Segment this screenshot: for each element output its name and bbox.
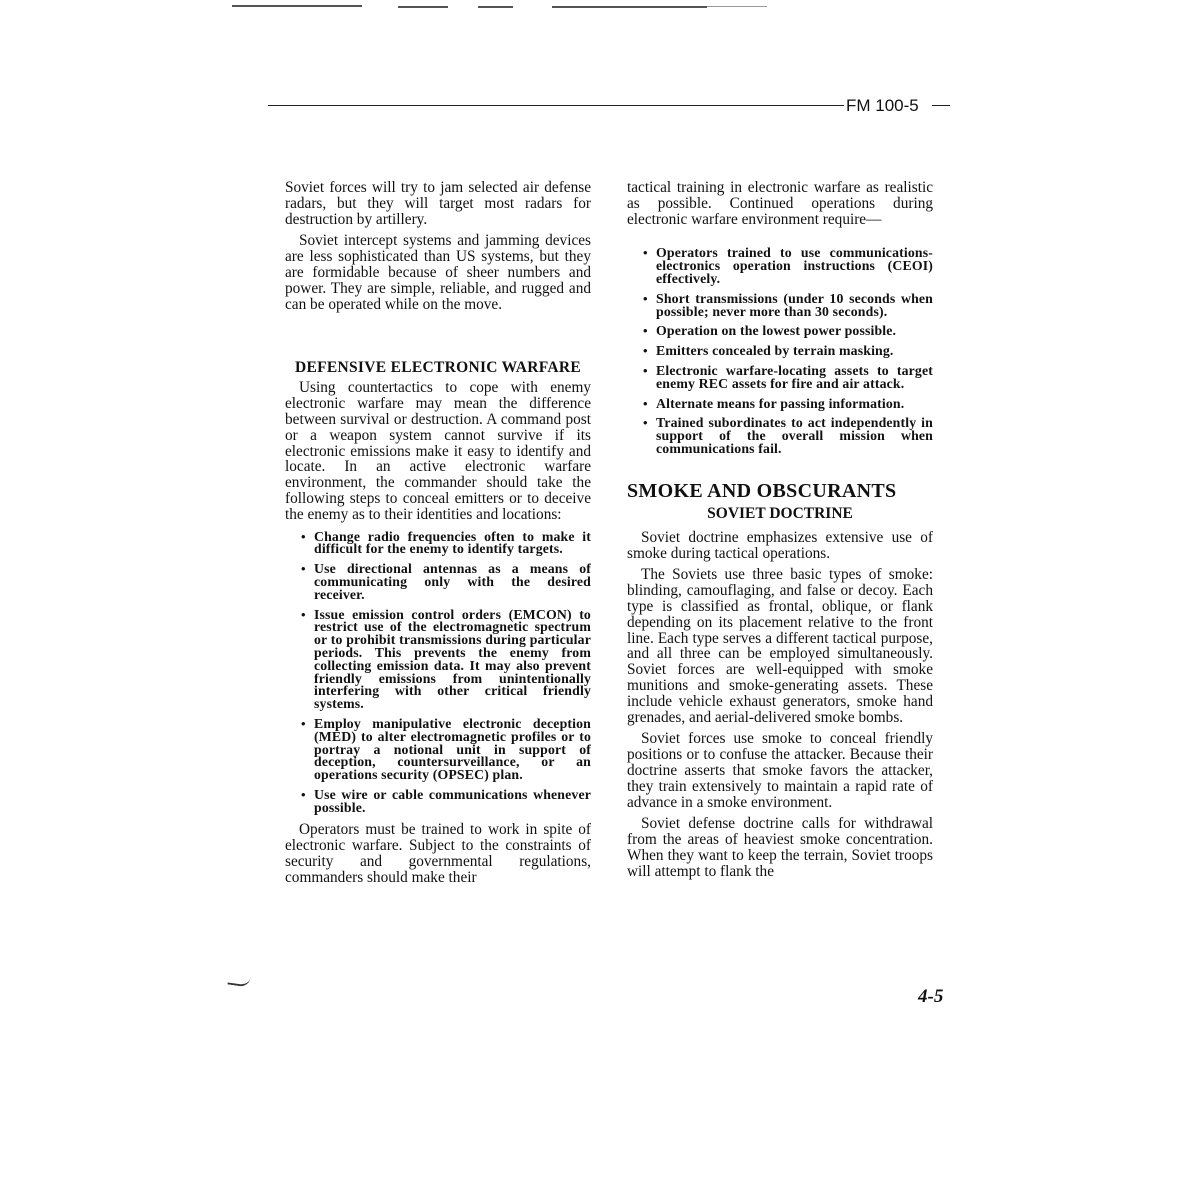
- paragraph: Soviet forces will try to jam selected a…: [285, 180, 591, 227]
- bullet-icon: •: [643, 345, 648, 358]
- bullet-icon: •: [301, 789, 306, 802]
- page-number: 4-5: [918, 986, 943, 1008]
- major-heading: SMOKE AND OBSCURANTS: [627, 480, 933, 502]
- header-rule-tail: [932, 105, 950, 106]
- list-item: •Change radio frequencies often to make …: [301, 531, 591, 557]
- bullet-icon: •: [643, 417, 648, 430]
- paragraph: Soviet defense doctrine calls for withdr…: [627, 816, 933, 879]
- paragraph: The Soviets use three basic types of smo…: [627, 567, 933, 725]
- list-item: •Operation on the lowest power possible.: [643, 325, 933, 338]
- list-item: •Use wire or cable communications whenev…: [301, 789, 591, 815]
- bullet-list: •Operators trained to use communications…: [627, 247, 933, 455]
- paragraph: Soviet doctrine emphasizes extensive use…: [627, 530, 933, 562]
- scan-artifact-line: [552, 6, 707, 8]
- scan-corner-mark: [227, 975, 250, 988]
- bullet-icon: •: [301, 531, 306, 544]
- scan-artifact-line: [232, 5, 362, 7]
- paragraph: Using countertactics to cope with enemy …: [285, 380, 591, 522]
- manual-id: FM 100-5: [846, 96, 919, 116]
- list-item: •Trained subordinates to act independent…: [643, 417, 933, 455]
- bullet-icon: •: [301, 609, 306, 622]
- list-item: •Electronic warfare-locating assets to t…: [643, 365, 933, 391]
- list-item: •Employ manipulative electronic deceptio…: [301, 718, 591, 782]
- scan-artifact-line: [398, 6, 448, 8]
- bullet-icon: •: [643, 365, 648, 378]
- list-item: •Emitters concealed by terrain masking.: [643, 345, 933, 358]
- list-item: •Issue emission control orders (EMCON) t…: [301, 609, 591, 711]
- paragraph: Soviet forces use smoke to conceal frien…: [627, 731, 933, 810]
- paragraph: tactical training in electronic warfare …: [627, 180, 933, 227]
- left-column: Soviet forces will try to jam selected a…: [285, 180, 591, 892]
- scan-artifact-line: [707, 6, 767, 7]
- bullet-icon: •: [301, 718, 306, 731]
- list-item: •Alternate means for passing information…: [643, 398, 933, 411]
- sub-heading: SOVIET DOCTRINE: [627, 506, 933, 522]
- bullet-icon: •: [643, 325, 648, 338]
- scan-artifact-line: [478, 6, 513, 8]
- section-heading: DEFENSIVE ELECTRONIC WARFARE: [285, 360, 591, 376]
- list-item: •Operators trained to use communications…: [643, 247, 933, 285]
- bullet-icon: •: [301, 563, 306, 576]
- paragraph: Operators must be trained to work in spi…: [285, 822, 591, 885]
- bullet-icon: •: [643, 293, 648, 306]
- bullet-list: •Change radio frequencies often to make …: [285, 531, 591, 815]
- list-item: •Use directional antennas as a means of …: [301, 563, 591, 601]
- header-rule: [268, 105, 844, 106]
- bullet-icon: •: [643, 398, 648, 411]
- list-item: •Short transmissions (under 10 seconds w…: [643, 293, 933, 319]
- right-column: tactical training in electronic warfare …: [627, 180, 933, 885]
- paragraph: Soviet intercept systems and jamming dev…: [285, 233, 591, 312]
- bullet-icon: •: [643, 247, 648, 260]
